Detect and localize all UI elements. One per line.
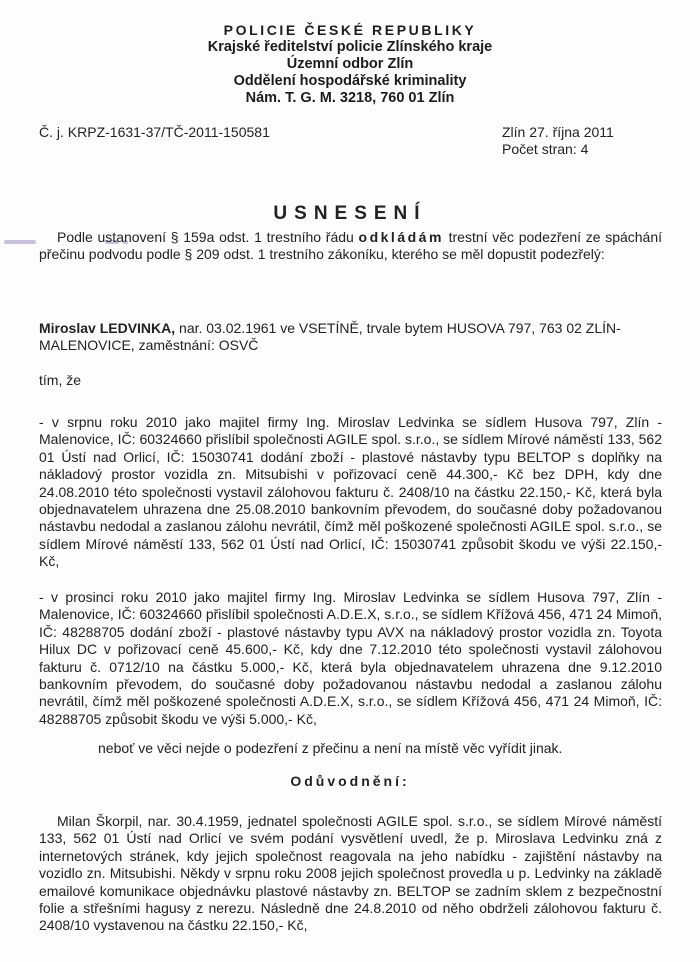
reasoning-title: Odůvodnění: bbox=[0, 773, 700, 789]
reasoning-paragraph: Milan Škorpil, nar. 30.4.1959, jednatel … bbox=[39, 813, 662, 935]
intro-paragraph: Podle ustanovení § 159a odst. 1 trestníh… bbox=[39, 229, 662, 264]
allegation-paragraph-1: - v srpnu roku 2010 jako majitel firmy I… bbox=[39, 414, 662, 571]
intro-text: Podle ustanovení § 159a odst. 1 trestníh… bbox=[57, 229, 359, 245]
allegation-paragraph-2: - v prosinci roku 2010 jako majitel firm… bbox=[39, 589, 662, 728]
letterhead: POLICIE ČESKÉ REPUBLIKY Krajské ředitels… bbox=[0, 22, 700, 107]
place-and-date-block: Zlín 27. října 2011 Počet stran: 4 bbox=[502, 124, 614, 158]
suspect-name: Miroslav LEDVINKA, bbox=[39, 320, 175, 336]
decision-verb: odkládám bbox=[359, 229, 444, 245]
suspect-paragraph: Miroslav LEDVINKA, nar. 03.02.1961 ve VS… bbox=[39, 320, 639, 355]
tim-ze-label: tím, že bbox=[39, 372, 662, 389]
letterhead-organization: POLICIE ČESKÉ REPUBLIKY bbox=[0, 22, 700, 39]
reference-number: Č. j. KRPZ-1631-37/TČ-2011-150581 bbox=[39, 124, 270, 140]
document-title: USNESENÍ bbox=[0, 203, 700, 225]
letterhead-division: Oddělení hospodářské kriminality bbox=[0, 73, 700, 90]
page-count: Počet stran: 4 bbox=[502, 141, 614, 158]
letterhead-territorial-department: Územní odbor Zlín bbox=[0, 56, 700, 73]
letterhead-address: Nám. T. G. M. 3218, 760 01 Zlín bbox=[0, 90, 700, 107]
letterhead-regional-directorate: Krajské ředitelství policie Zlínského kr… bbox=[0, 39, 700, 56]
place-date: Zlín 27. října 2011 bbox=[502, 124, 614, 141]
document-page: POLICIE ČESKÉ REPUBLIKY Krajské ředitels… bbox=[0, 0, 700, 962]
conclusion-paragraph: neboť ve věci nejde o podezření z přečin… bbox=[98, 740, 658, 757]
scan-artifact bbox=[4, 240, 36, 244]
